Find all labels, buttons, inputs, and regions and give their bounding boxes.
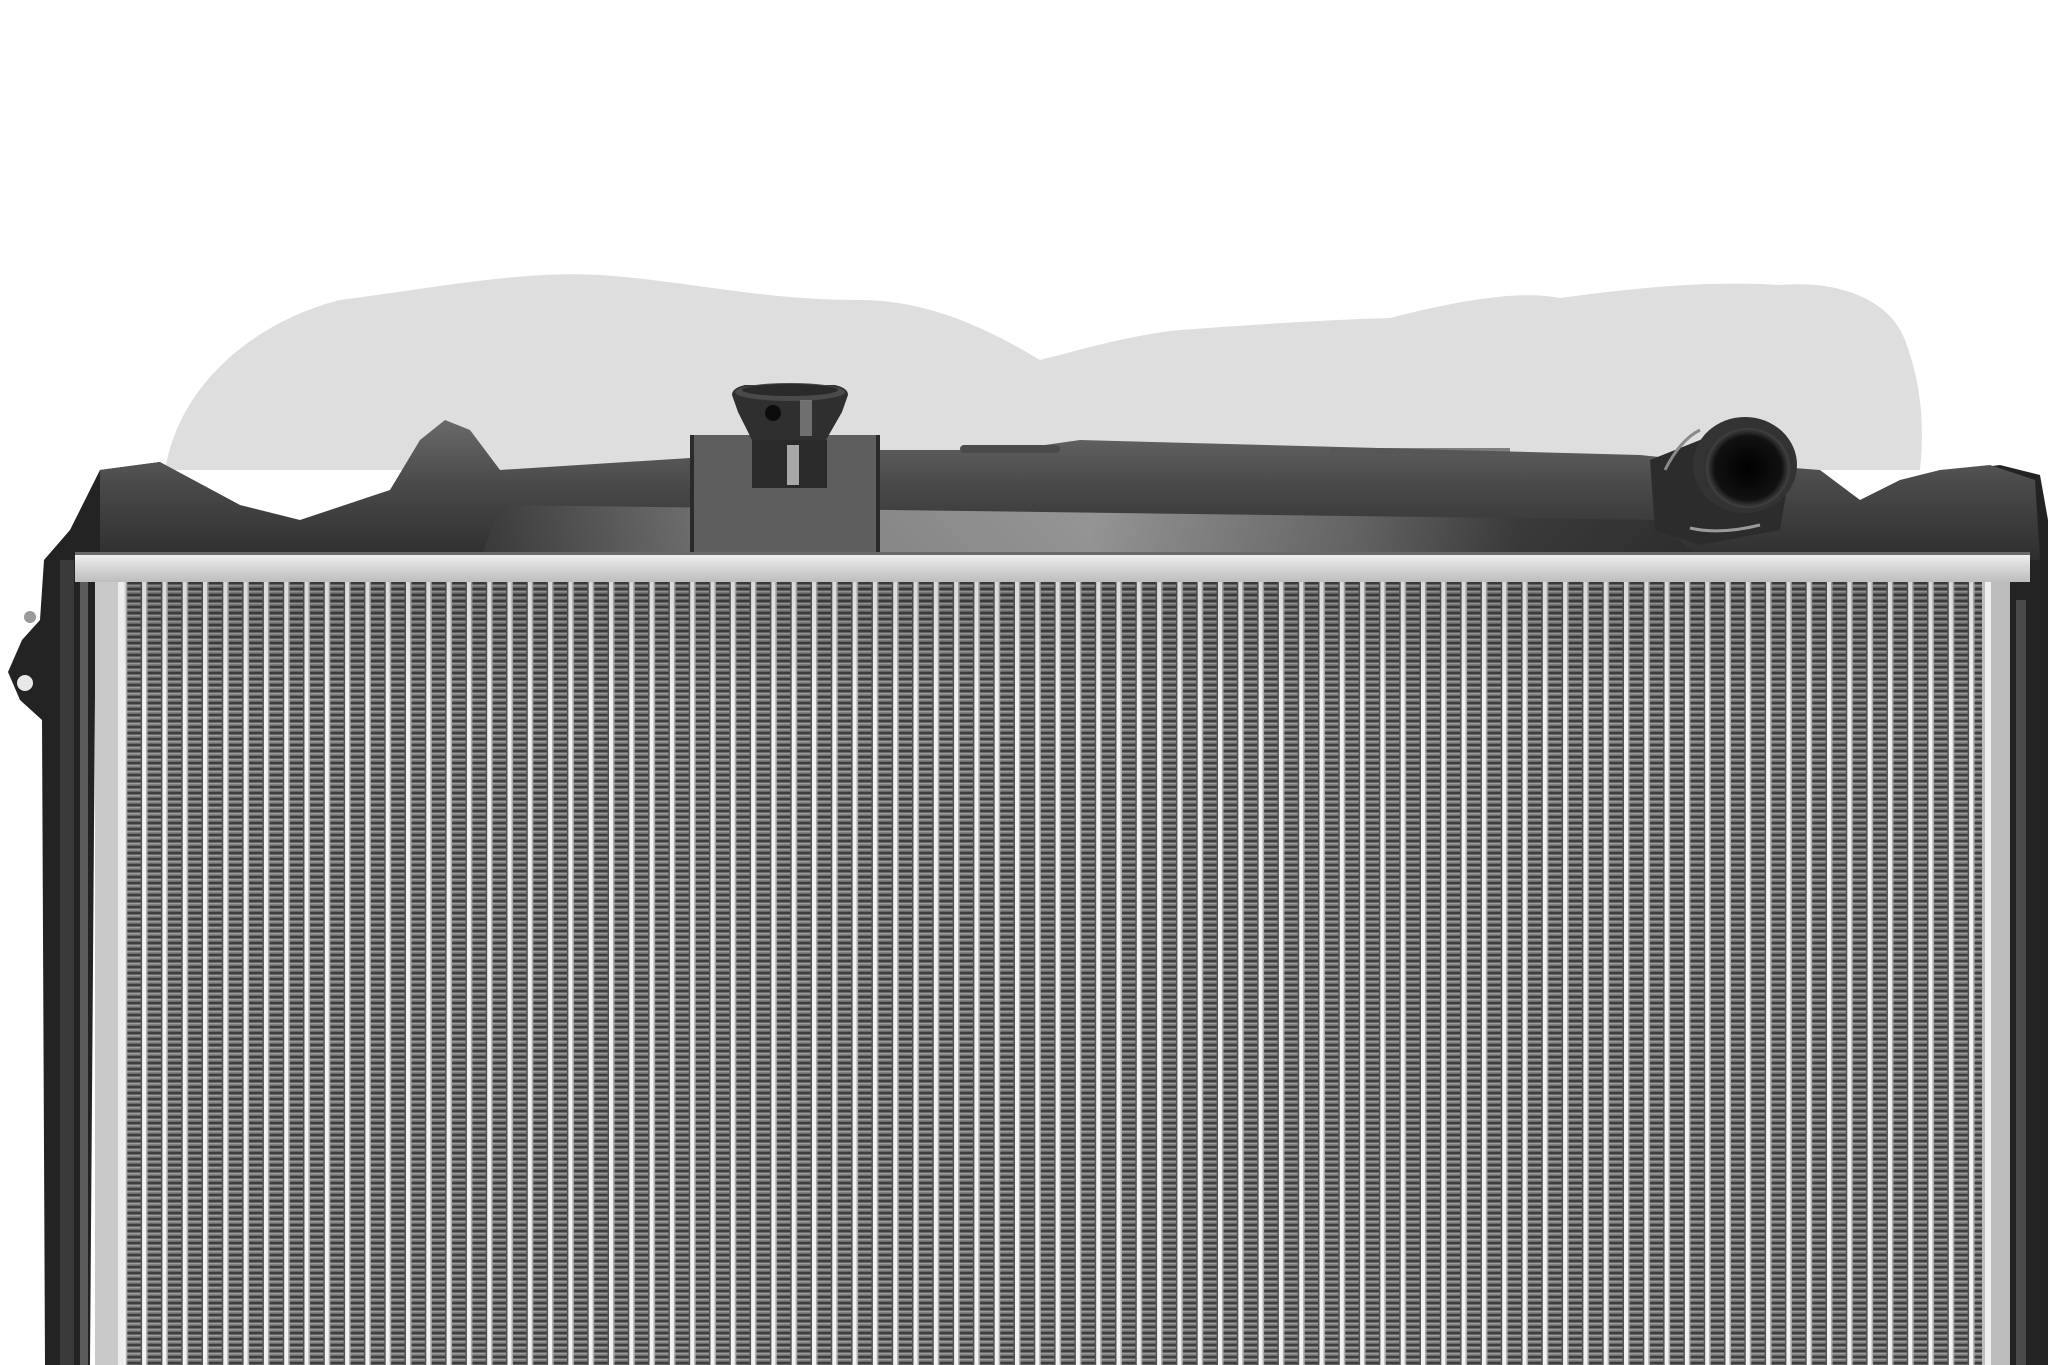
header-strip <box>75 552 2030 582</box>
left-bracket-hole <box>17 675 33 691</box>
left-bracket-rivet <box>24 611 36 623</box>
radiator-photo <box>0 0 2048 1365</box>
